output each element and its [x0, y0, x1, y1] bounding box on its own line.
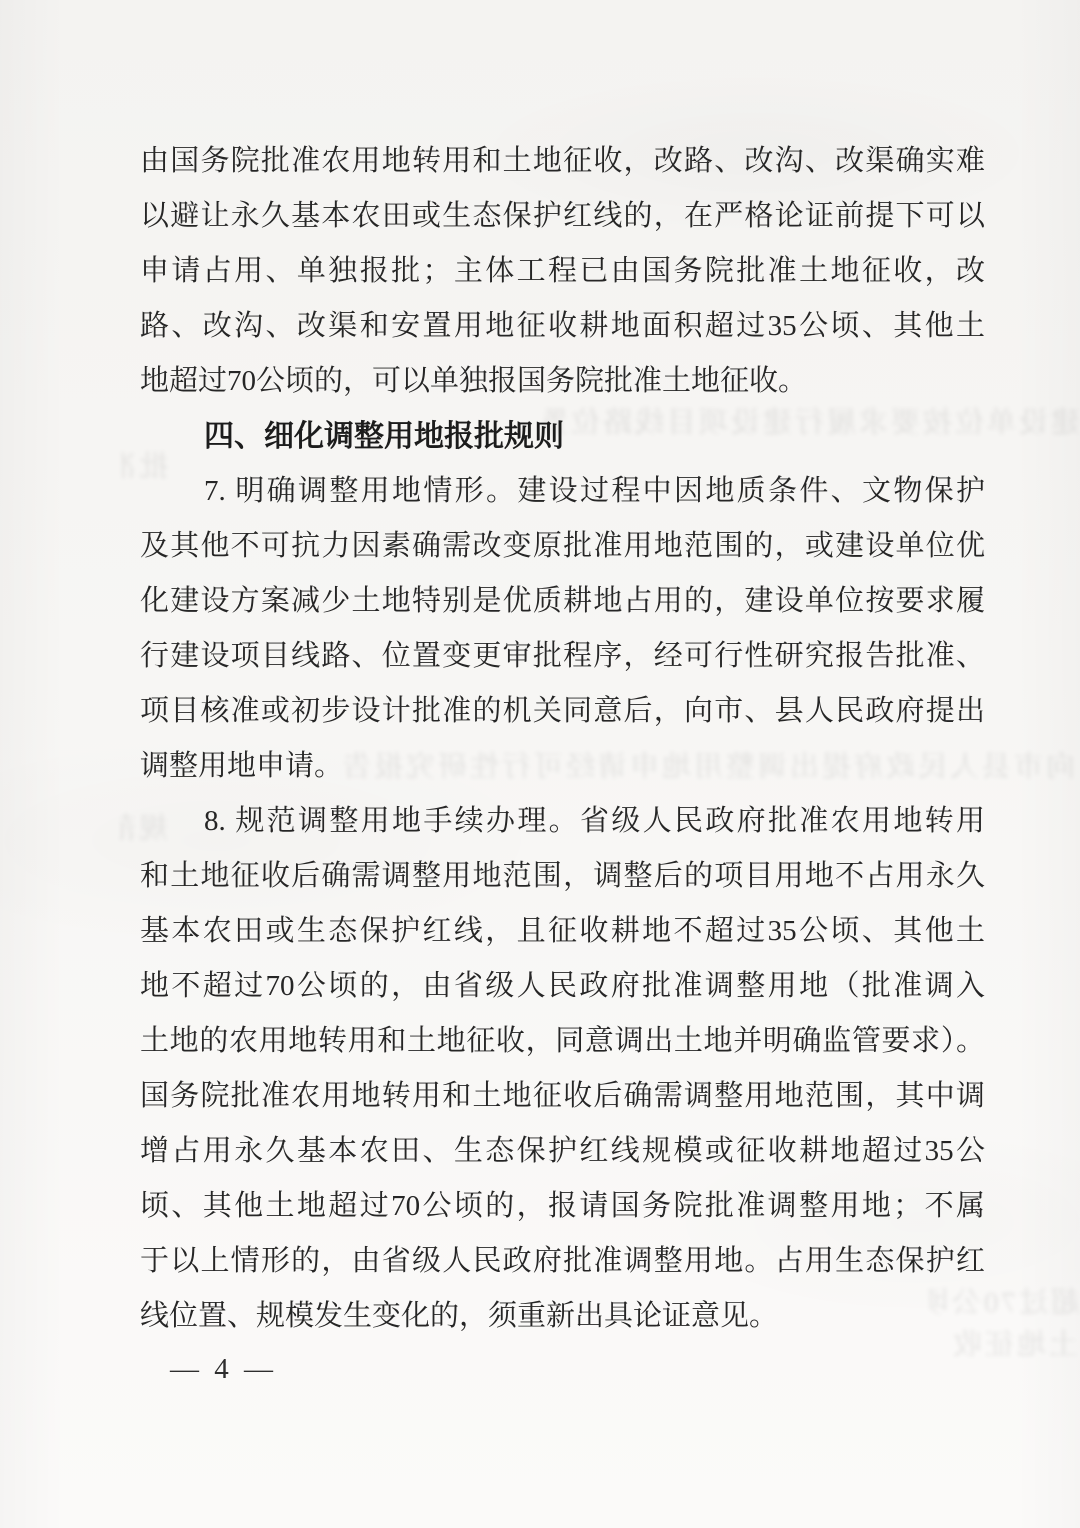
text-line: 8. 规范调整用地手续办理。省级人民政府批准农用地转用 [140, 794, 985, 849]
text-line: 顷、其他土地超过70公顷的，报请国务院批准调整用地；不属 [140, 1179, 985, 1234]
text-line: 项目核准或初步设计批准的机关同意后，向市、县人民政府提出 [140, 684, 985, 739]
text-line: 申请占用、单独报批；主体工程已由国务院批准土地征收，改 [140, 244, 985, 299]
text-line: 地不超过70公顷的，由省级人民政府批准调整用地（批准调入 [140, 959, 985, 1014]
text-line: 调整用地申请。 [140, 739, 985, 794]
text-line: 及其他不可抗力因素确需改变原批准用地范围的，或建设单位优 [140, 519, 985, 574]
text-line: 和土地征收后确需调整用地范围，调整后的项目用地不占用永久 [140, 849, 985, 904]
text-line: 行建设项目线路、位置变更审批程序，经可行性研究报告批准、 [140, 629, 985, 684]
text-line: 以避让永久基本农田或生态保护红线的，在严格论证前提下可以 [140, 189, 985, 244]
text-line: 于以上情形的，由省级人民政府批准调整用地。占用生态保护红 [140, 1234, 985, 1289]
text-line: 化建设方案减少土地特别是优质耕地占用的，建设单位按要求履 [140, 574, 985, 629]
scanned-document-page: { "document": { "blocks": [ { "kind": "b… [0, 0, 1080, 1528]
text-line: 基本农田或生态保护红线，且征收耕地不超过35公顷、其他土 [140, 904, 985, 959]
text-line: 增占用永久基本农田、生态保护红线规模或征收耕地超过35公 [140, 1124, 985, 1179]
text-line: 由国务院批准农用地转用和土地征收，改路、改沟、改渠确实难 [140, 134, 985, 189]
text-line: 线位置、规模发生变化的，须重新出具论证意见。 [140, 1289, 985, 1344]
section-heading: 四、细化调整用地报批规则 [140, 409, 985, 464]
text-line: 土地的农用地转用和土地征收，同意调出土地并明确监管要求）。 [140, 1014, 985, 1069]
text-line: 地超过70公顷的，可以单独报国务院批准土地征收。 [140, 354, 985, 409]
text-line: 路、改沟、改渠和安置用地征收耕地面积超过35公顷、其他土 [140, 299, 985, 354]
page-number: — 4 — [170, 1344, 277, 1394]
document-body: 由国务院批准农用地转用和土地征收，改路、改沟、改渠确实难以避让永久基本农田或生态… [140, 134, 985, 1344]
text-line: 国务院批准农用地转用和土地征收后确需调整用地范围，其中调 [140, 1069, 985, 1124]
text-line: 7. 明确调整用地情形。建设过程中因地质条件、文物保护 [140, 464, 985, 519]
